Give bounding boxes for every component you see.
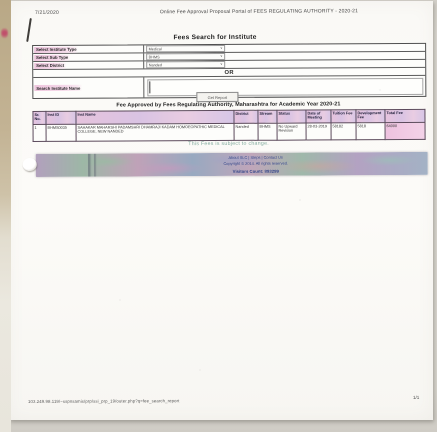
print-footer-url: 103.249.98.119/~sspnsamis/prp/ssi_prp_19… xyxy=(28,398,179,404)
results-section-title: Fee Approved by Fees Regulating Authorit… xyxy=(32,101,424,109)
sub-type-label-cell: Select Sub Type xyxy=(33,53,144,61)
district-select[interactable]: Nanded ∨ xyxy=(146,61,225,69)
col-status: Status xyxy=(277,110,306,123)
footer-visitors-count: Visitors Count: 893299 xyxy=(166,168,346,174)
footer-copyright: Copyright © 2014. All rights reserved. xyxy=(166,160,346,167)
chevron-down-icon: ∨ xyxy=(220,63,223,67)
sub-type-selected-value: BHMS xyxy=(149,55,160,59)
col-district: District xyxy=(234,110,258,123)
cell-sr-no: 1 xyxy=(33,124,46,141)
print-header-title: Online Fee Approval Proposal Portal of F… xyxy=(94,8,424,16)
sub-type-label: Select Sub Type xyxy=(34,54,70,60)
institute-name-input[interactable] xyxy=(147,78,423,96)
print-page-number: 1/1 xyxy=(413,395,419,400)
print-date: 7/21/2020 xyxy=(35,10,59,16)
col-total-fee: Total Fee xyxy=(385,109,425,122)
cell-district: Nanded xyxy=(234,123,258,140)
chevron-down-icon: ∨ xyxy=(220,55,223,59)
institute-name-label: Search Institute Name xyxy=(34,85,82,91)
institute-name-label-cell: Search Institute Name xyxy=(33,77,144,98)
cell-stream: BHMS xyxy=(258,123,277,140)
institute-name-value-cell xyxy=(144,76,425,97)
institute-type-select[interactable]: Medical ∨ xyxy=(146,45,225,53)
cell-total-fee: 64000 xyxy=(385,122,425,139)
site-footer-text: About SLC | Steps | Contact Us Copyright… xyxy=(166,154,346,174)
chevron-down-icon: ∨ xyxy=(220,47,223,51)
cell-date-of-meeting: 28-03-2019 xyxy=(306,123,331,140)
col-date-of-meeting: Date of Meeting xyxy=(306,110,331,123)
sub-type-select[interactable]: BHMS ∨ xyxy=(146,53,225,61)
get-report-label: Get Report xyxy=(208,94,228,99)
institute-type-selected-value: Medical xyxy=(149,47,162,51)
site-footer-band: About SLC | Steps | Contact Us Copyright… xyxy=(36,152,428,177)
col-stream: Stream xyxy=(258,110,277,123)
page-content: 7/21/2020 Online Fee Approval Proposal P… xyxy=(0,0,437,432)
hole-punch xyxy=(23,158,37,171)
institute-type-label-cell: Select Institute Type xyxy=(33,45,144,53)
district-selected-value: Nanded xyxy=(149,63,162,67)
col-sr-no: Sr. No. xyxy=(33,111,46,124)
sub-type-value-cell: BHMS ∨ xyxy=(144,52,425,60)
col-inst-name: Inst Name xyxy=(76,110,234,124)
col-inst-id: Inst ID xyxy=(46,111,76,124)
cell-development-fee: 5818 xyxy=(356,123,385,140)
col-tuition-fee: Tuition Fee xyxy=(331,110,356,123)
get-report-button[interactable]: Get Report xyxy=(196,92,238,102)
cell-tuition-fee: 58182 xyxy=(331,123,356,140)
cell-status: No Upward Revision xyxy=(277,123,306,140)
cell-inst-id: BHMS0035 xyxy=(46,124,76,141)
text-caret xyxy=(149,81,150,93)
district-label-cell: Select District xyxy=(33,61,144,69)
table-row: 1 BHMS0035 SAHAKAR MAHARSHI PADAMSHRI DH… xyxy=(33,122,425,141)
col-development-fee: Development Fee xyxy=(356,110,385,123)
institute-type-value-cell: Medical ∨ xyxy=(144,44,425,52)
pen-stroke xyxy=(26,18,31,42)
search-section-title: Fees Search for Institute xyxy=(32,33,398,42)
district-label: Select District xyxy=(34,62,66,68)
fees-search-form: Select Institute Type Medical ∨ Select S… xyxy=(32,43,426,99)
red-pen-mark xyxy=(1,28,8,38)
fees-change-note: This Fees is subject to change. xyxy=(33,140,425,148)
cell-inst-name: SAHAKAR MAHARSHI PADAMSHRI DHAMRAJI KADA… xyxy=(76,123,234,141)
institute-type-label: Select Institute Type xyxy=(34,46,78,52)
district-value-cell: Nanded ∨ xyxy=(144,60,425,68)
fee-results-table: Sr. No. Inst ID Inst Name District Strea… xyxy=(32,109,425,142)
